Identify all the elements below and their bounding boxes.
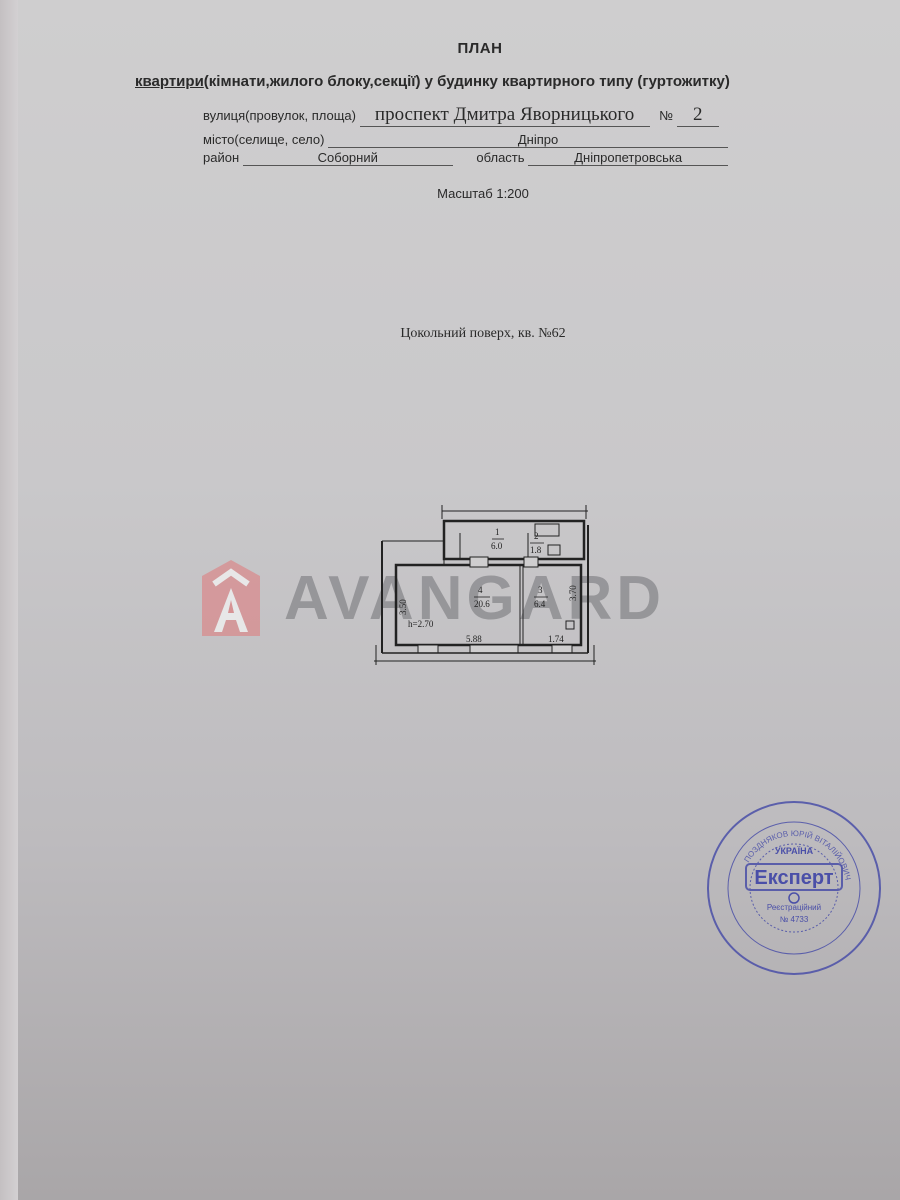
stamp-reg-number: № 4733 bbox=[780, 915, 809, 924]
avangard-logo-icon bbox=[200, 558, 262, 638]
floor-plan: 1 6.0 2 1.8 4 20.6 3 6.4 h=2.70 5.88 1.7… bbox=[370, 505, 600, 665]
room-1-number: 1 bbox=[495, 527, 500, 537]
room-1-area: 6.0 bbox=[491, 541, 503, 551]
room-4-area: 20.6 bbox=[474, 599, 490, 609]
document-subtitle: квартири(кімнати,жилого блоку,секції) у … bbox=[135, 73, 730, 90]
stamp-country: УКРАЇНА bbox=[775, 846, 814, 856]
city-row: місто(селище, село) Дніпро bbox=[203, 132, 728, 148]
ceiling-height: h=2.70 bbox=[408, 619, 434, 629]
floor-caption: Цокольний поверх, кв. №62 bbox=[0, 326, 900, 342]
region-value: Дніпропетровська bbox=[528, 150, 728, 166]
subtitle-rest: (кімнати,жилого блоку,секції) у будинку … bbox=[204, 73, 730, 90]
document-title: ПЛАН bbox=[0, 40, 900, 57]
room-4-number: 4 bbox=[478, 585, 483, 595]
width-room4: 5.88 bbox=[466, 634, 482, 644]
district-label: район bbox=[203, 150, 239, 165]
district-value: Соборний bbox=[243, 150, 453, 166]
stamp-emblem-icon bbox=[789, 893, 799, 903]
depth-left: 3.50 bbox=[398, 599, 408, 615]
city-label: місто(селище, село) bbox=[203, 132, 324, 147]
stamp-reg-label: Реєстраційний bbox=[767, 903, 821, 912]
room-3-area: 6.4 bbox=[534, 599, 546, 609]
page-edge bbox=[0, 0, 18, 1200]
stamp-center-word: Експерт bbox=[754, 867, 833, 889]
number-label: № bbox=[659, 108, 673, 123]
room-3-number: 3 bbox=[538, 585, 543, 595]
street-value: проспект Дмитра Яворницького bbox=[360, 104, 650, 127]
number-value: 2 bbox=[677, 104, 719, 127]
street-row: вулиця(провулок, площа) проспект Дмитра … bbox=[203, 104, 719, 127]
depth-right: 3.70 bbox=[568, 585, 578, 601]
street-label: вулиця(провулок, площа) bbox=[203, 108, 356, 123]
district-row: район Соборний область Дніпропетровська bbox=[203, 150, 728, 166]
scale-label: Масштаб 1:200 bbox=[0, 186, 900, 201]
room-2-area: 1.8 bbox=[530, 545, 542, 555]
width-room3: 1.74 bbox=[548, 634, 564, 644]
subtitle-underlined: квартири bbox=[135, 73, 204, 90]
room-2-number: 2 bbox=[534, 531, 539, 541]
expert-stamp: ПОЗДНЯКОВ ЮРІЙ ВІТАЛІЙОВИЧ УКРАЇНА Експе… bbox=[704, 798, 884, 978]
city-value: Дніпро bbox=[328, 132, 728, 148]
region-label: область bbox=[476, 150, 524, 165]
